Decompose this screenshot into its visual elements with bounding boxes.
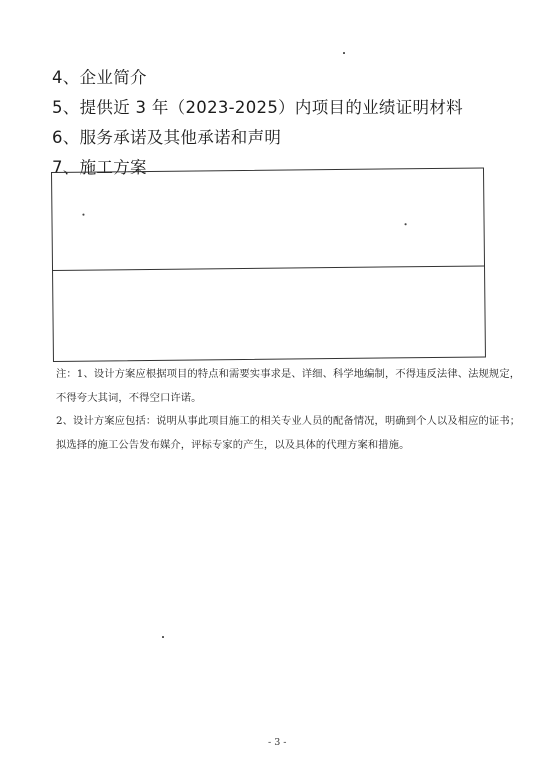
heading-service-commitment: 6、服务承诺及其他承诺和声明 (52, 124, 281, 148)
note-line-3: 2、设计方案应包括：说明从事此项目施工的相关专业人员的配备情况，明确到个人以及相… (56, 412, 520, 427)
note-line-1: 注：1、设计方案应根据项目的特点和需要实事求是、详细、科学地编制，不得违反法律、… (56, 365, 520, 380)
heading-company-profile: 4、企业简介 (52, 64, 147, 88)
scan-speck (343, 52, 345, 54)
page-number: - 3 - (268, 737, 287, 748)
scan-speck (82, 214, 84, 216)
scan-speck (162, 636, 164, 638)
heading-performance-materials: 5、提供近 3 年（2023-2025）内项目的业绩证明材料 (52, 94, 463, 118)
note-line-4: 拟选择的施工公告发布媒介，评标专家的产生，以及具体的代理方案和措施。 (56, 436, 410, 451)
note-line-2: 不得夸大其词，不得空口许诺。 (56, 389, 202, 404)
table-border (51, 167, 486, 362)
construction-plan-table (51, 167, 486, 362)
scan-speck (405, 223, 407, 225)
